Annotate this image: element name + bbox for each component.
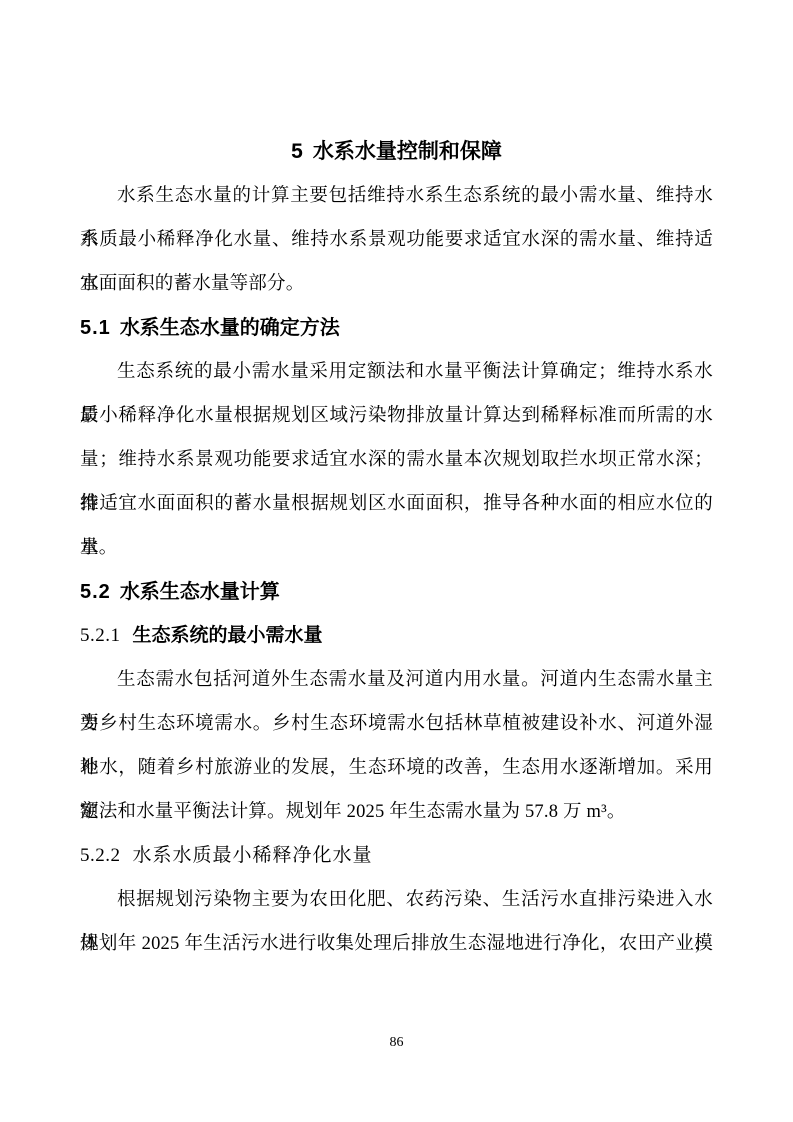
paragraph-5-2-2: 根据规划污染物主要为农田化肥、农药污染、生活污水直排污染进入水体， 规划年 20… (80, 878, 713, 966)
section-number: 5.2.2 (80, 845, 121, 866)
section-heading-5-1: 5.1水系生态水量的确定方法 (80, 306, 713, 350)
section-heading-text: 水系水质最小稀释净化水量 (133, 845, 373, 866)
section-heading-5-2: 5.2水系生态水量计算 (80, 570, 713, 614)
text-line: 持适宜水面面积的蓄水量根据规划区水面面积，推导各种水面的相应水位的水 (80, 482, 713, 526)
text-line: 额法和水量平衡法计算。规划年 2025 年生态需水量为 57.8 万 m³。 (80, 790, 713, 834)
paragraph-5-1: 生态系统的最小需水量采用定额法和水量平衡法计算确定；维持水系水质 最小稀释净化水… (80, 350, 713, 570)
text-line: 生态需水包括河道外生态需水量及河道内用水量。河道内生态需水量主要 (80, 658, 713, 702)
text-line: 规划年 2025 年生活污水进行收集处理后排放生态湿地进行净化，农田产业模 (80, 922, 713, 966)
text-line: 量；维持水系景观功能要求适宜水深的需水量本次规划取拦水坝正常水深；维 (80, 438, 713, 482)
section-number: 5.1 (80, 317, 111, 339)
text-line: 为乡村生态环境需水。乡村生态环境需水包括林草植被建设补水、河道外湿地 (80, 702, 713, 746)
section-heading-text: 生态系统的最小需水量 (133, 625, 323, 646)
text-line: 补水，随着乡村旅游业的发展，生态环境的改善，生态用水逐渐增加。采用定 (80, 746, 713, 790)
text-line: 生态系统的最小需水量采用定额法和水量平衡法计算确定；维持水系水质 (80, 350, 713, 394)
text-line: 水面面积的蓄水量等部分。 (80, 262, 713, 306)
text-line: 最小稀释净化水量根据规划区域污染物排放量计算达到稀释标准而所需的水 (80, 394, 713, 438)
text-line: 量。 (80, 526, 713, 570)
section-number: 5.2 (80, 581, 111, 603)
section-heading-text: 水系生态水量计算 (120, 581, 280, 603)
chapter-number: 5 (291, 140, 303, 163)
text-line: 根据规划污染物主要为农田化肥、农药污染、生活污水直排污染进入水体， (80, 878, 713, 922)
text-line: 水质最小稀释净化水量、维持水系景观功能要求适宜水深的需水量、维持适宜 (80, 218, 713, 262)
document-content: 5水系水量控制和保障 水系生态水量的计算主要包括维持水系生态系统的最小需水量、维… (80, 130, 713, 966)
paragraph-5-2-1: 生态需水包括河道外生态需水量及河道内用水量。河道内生态需水量主要 为乡村生态环境… (80, 658, 713, 834)
document-page: 5水系水量控制和保障 水系生态水量的计算主要包括维持水系生态系统的最小需水量、维… (0, 0, 793, 1122)
paragraph-intro: 水系生态水量的计算主要包括维持水系生态系统的最小需水量、维持水系 水质最小稀释净… (80, 174, 713, 306)
page-number: 86 (0, 1035, 793, 1051)
text-line: 水系生态水量的计算主要包括维持水系生态系统的最小需水量、维持水系 (80, 174, 713, 218)
section-heading-text: 水系生态水量的确定方法 (120, 317, 340, 339)
chapter-title-text: 水系水量控制和保障 (313, 140, 502, 163)
section-number: 5.2.1 (80, 625, 121, 646)
section-heading-5-2-2: 5.2.2水系水质最小稀释净化水量 (80, 834, 713, 878)
chapter-title: 5水系水量控制和保障 (80, 130, 713, 174)
section-heading-5-2-1: 5.2.1生态系统的最小需水量 (80, 614, 713, 658)
